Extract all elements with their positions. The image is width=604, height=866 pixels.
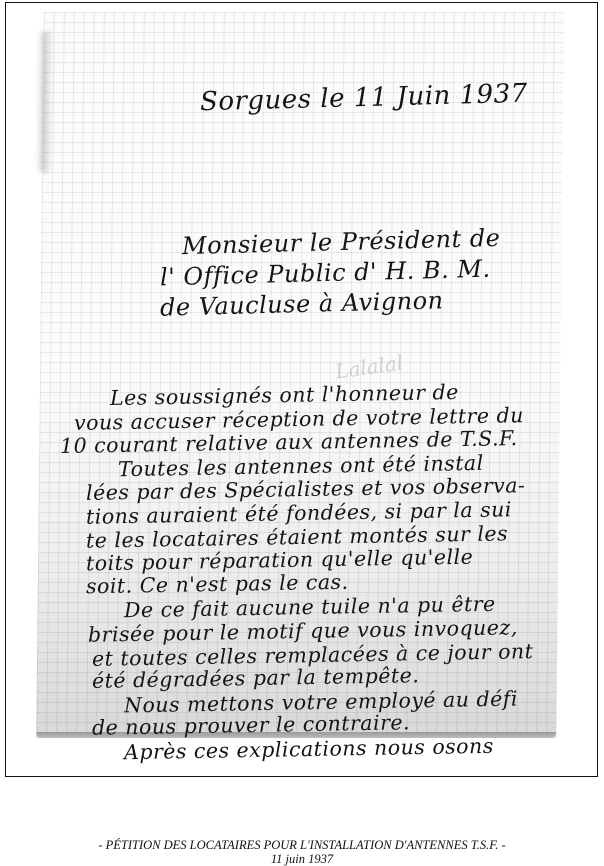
caption-date: 11 juin 1937 [0, 852, 604, 866]
caption-title: - PÉTITION DES LOCATAIRES POUR L'INSTALL… [0, 838, 604, 852]
letter-body-line: soit. Ce n'est pas le cas. [86, 570, 349, 599]
